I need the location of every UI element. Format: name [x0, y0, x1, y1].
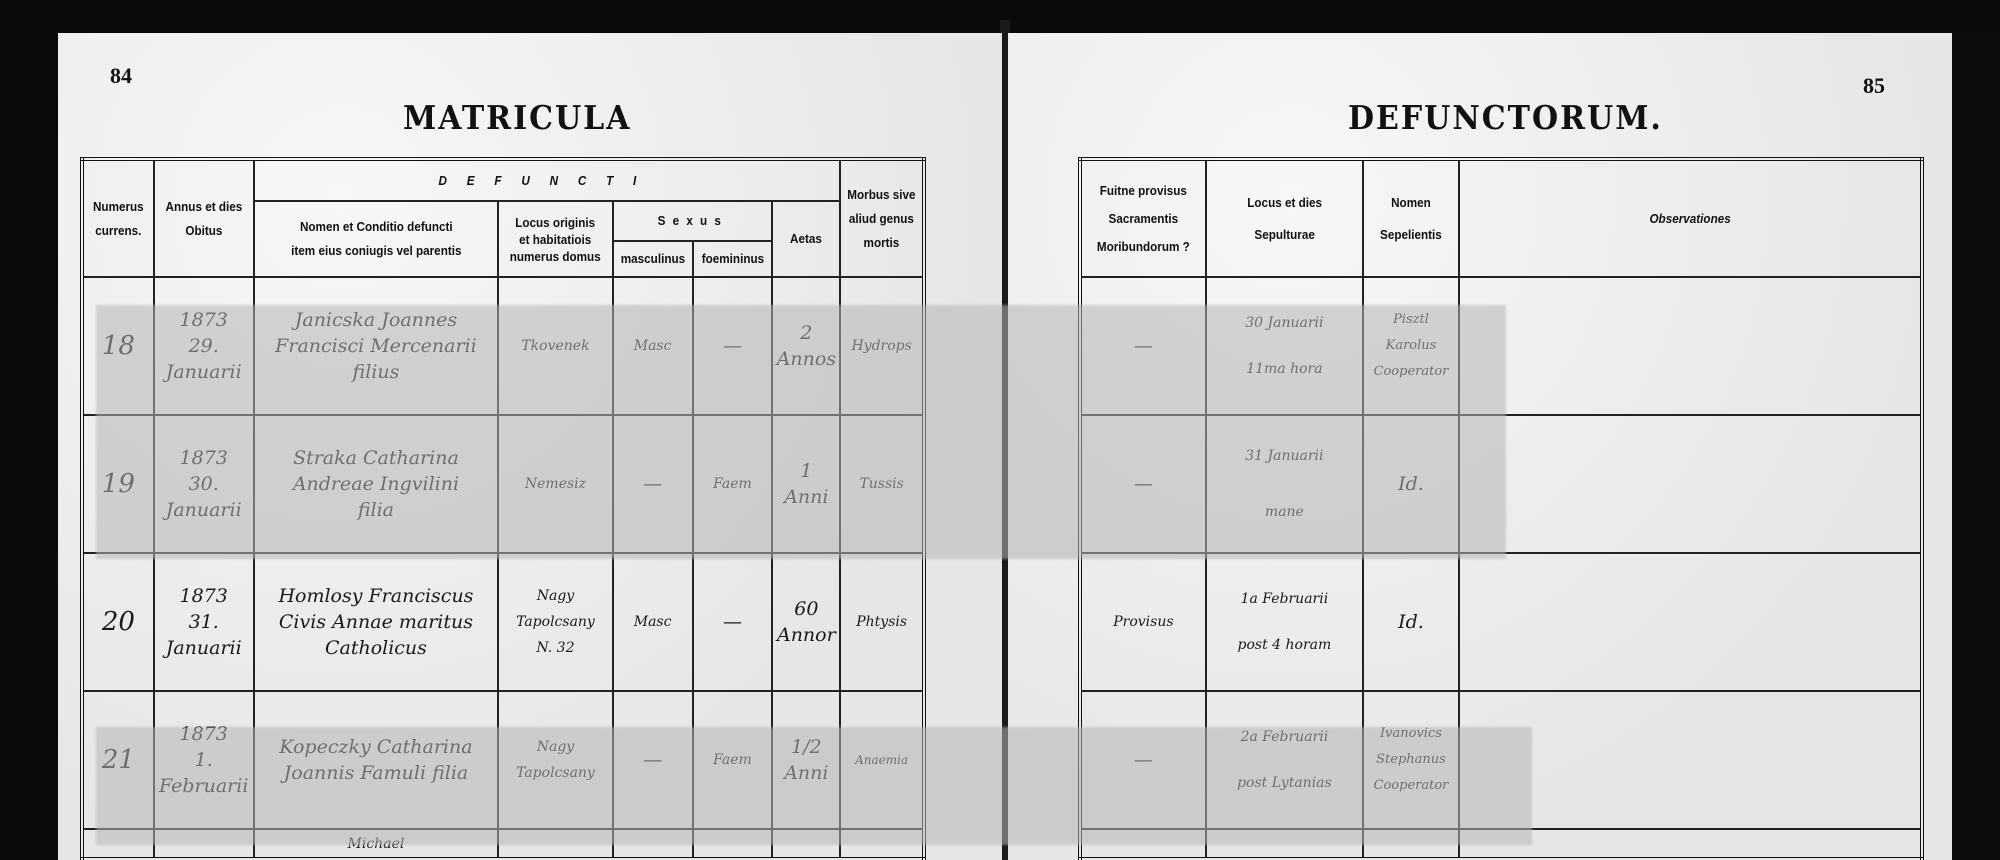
- cell-observationes: [1459, 415, 1922, 553]
- cell-sepelientis: PisztlKarolusCooperator: [1363, 277, 1459, 415]
- cell-numerus: 21: [82, 691, 154, 829]
- register-row-partial: [1080, 829, 1922, 859]
- header-foemininus: foemininus: [697, 241, 769, 277]
- cell-foemininus: Faem: [693, 691, 773, 829]
- register-row: — 30 Januarii11ma hora PisztlKarolusCoop…: [1080, 277, 1922, 415]
- cell-annus: 187329.Januarii: [154, 277, 254, 415]
- register-row: 19 187330.Januarii Straka CatharinaAndre…: [82, 415, 924, 553]
- cell-observationes: [1459, 691, 1922, 829]
- cell-provisus: Provisus: [1080, 553, 1206, 691]
- cell-sepulturae: 1a Februariipost 4 horam: [1206, 553, 1363, 691]
- cell-foemininus: —: [693, 277, 773, 415]
- register-row: — 31 Januariimane Id.: [1080, 415, 1922, 553]
- cell-morbus: Tussis: [840, 415, 924, 553]
- cell-sepelientis: IvanovicsStephanusCooperator: [1363, 691, 1459, 829]
- cell-sepelientis: Id.: [1363, 553, 1459, 691]
- cell-provisus: —: [1080, 691, 1206, 829]
- cell-aetas: 2Annos: [772, 277, 840, 415]
- cell-masculinus: —: [613, 691, 693, 829]
- cell-numerus: 20: [82, 553, 154, 691]
- cell-foemininus: —: [693, 553, 773, 691]
- cell-foemininus: Faem: [693, 415, 773, 553]
- header-sepelientis: NomenSepelientis: [1368, 159, 1454, 277]
- cell-morbus: Anaemia: [840, 691, 924, 829]
- page-number-right: 85: [1863, 73, 1885, 99]
- header-numerus: Numeruscurrens.: [86, 159, 151, 277]
- cell-observationes: [1459, 553, 1922, 691]
- cell-locus: Nemesiz: [498, 415, 612, 553]
- cell-locus: Tkovenek: [498, 277, 612, 415]
- cell-annus: 187331.Januarii: [154, 553, 254, 691]
- cell-masculinus: —: [613, 415, 693, 553]
- header-masculinus: masculinus: [617, 241, 689, 277]
- cell-masculinus: Masc: [613, 553, 693, 691]
- right-page: 85 DEFUNCTORUM. Fuitne provisusSacrament…: [1008, 33, 1952, 860]
- header-provisus: Fuitne provisusSacramentisMoribundorum ?: [1086, 159, 1199, 277]
- cell-annus: 18731.Februarii: [154, 691, 254, 829]
- cell-morbus: Hydrops: [840, 277, 924, 415]
- page-number-left: 84: [110, 63, 132, 89]
- register-row: Provisus 1a Februariipost 4 horam Id.: [1080, 553, 1922, 691]
- page-title-left: MATRICULA: [403, 99, 632, 138]
- header-observationes: Observationes: [1482, 159, 1899, 277]
- book-edge: [1952, 30, 2000, 860]
- cell-nomen: Michael: [254, 829, 499, 859]
- cell-sepulturae: 30 Januarii11ma hora: [1206, 277, 1363, 415]
- cell-sepelientis: Id.: [1363, 415, 1459, 553]
- left-page: 84 MATRICULA Numeruscurrens. Annus et di…: [58, 33, 1002, 860]
- cell-nomen: Homlosy FranciscusCivis Annae maritusCat…: [254, 553, 499, 691]
- cell-numerus: 19: [82, 415, 154, 553]
- header-annus: Annus et diesObitus: [159, 159, 249, 277]
- cell-annus: 187330.Januarii: [154, 415, 254, 553]
- header-sepulturae: Locus et diesSepulturae: [1214, 159, 1356, 277]
- register-row: 20 187331.Januarii Homlosy FranciscusCiv…: [82, 553, 924, 691]
- page-title-right: DEFUNCTORUM.: [1348, 99, 1663, 138]
- cell-aetas: 1Anni: [772, 415, 840, 553]
- header-defuncti: DEFUNCTI: [283, 159, 811, 201]
- register-row: — 2a Februariipost Lytanias IvanovicsSte…: [1080, 691, 1922, 829]
- register-table-left: Numeruscurrens. Annus et diesObitus DEFU…: [80, 157, 926, 860]
- header-locus: Locus originiset habitatioisnumerus domu…: [504, 201, 607, 277]
- register-row: 18 187329.Januarii Janicska JoannesFranc…: [82, 277, 924, 415]
- header-morbus: Morbus sivealiud genusmortis: [844, 159, 919, 277]
- cell-numerus: 18: [82, 277, 154, 415]
- cell-aetas: 60Annor: [772, 553, 840, 691]
- cell-sepulturae: 31 Januariimane: [1206, 415, 1363, 553]
- cell-nomen: Janicska JoannesFrancisci Mercenariifili…: [254, 277, 499, 415]
- cell-aetas: 1/2Anni: [772, 691, 840, 829]
- cell-provisus: —: [1080, 415, 1206, 553]
- register-table-right: Fuitne provisusSacramentisMoribundorum ?…: [1078, 157, 1924, 860]
- cell-morbus: Phtysis: [840, 553, 924, 691]
- cell-nomen: Kopeczky CatharinaJoannis Famuli filia: [254, 691, 499, 829]
- cell-nomen: Straka CatharinaAndreae Ingvilinifilia: [254, 415, 499, 553]
- header-sexus: Sexus: [621, 201, 765, 241]
- cell-locus: NagyTapolcsanyN. 32: [498, 553, 612, 691]
- register-row: 21 18731.Februarii Kopeczky CatharinaJoa…: [82, 691, 924, 829]
- cell-provisus: —: [1080, 277, 1206, 415]
- cell-sepulturae: 2a Februariipost Lytanias: [1206, 691, 1363, 829]
- cell-observationes: [1459, 277, 1922, 415]
- header-aetas: Aetas: [776, 201, 837, 277]
- register-row-partial: Michael: [82, 829, 924, 859]
- cell-locus: NagyTapolcsany: [498, 691, 612, 829]
- header-nomen: Nomen et Conditio defunctiitem eius coni…: [266, 201, 486, 277]
- cell-masculinus: Masc: [613, 277, 693, 415]
